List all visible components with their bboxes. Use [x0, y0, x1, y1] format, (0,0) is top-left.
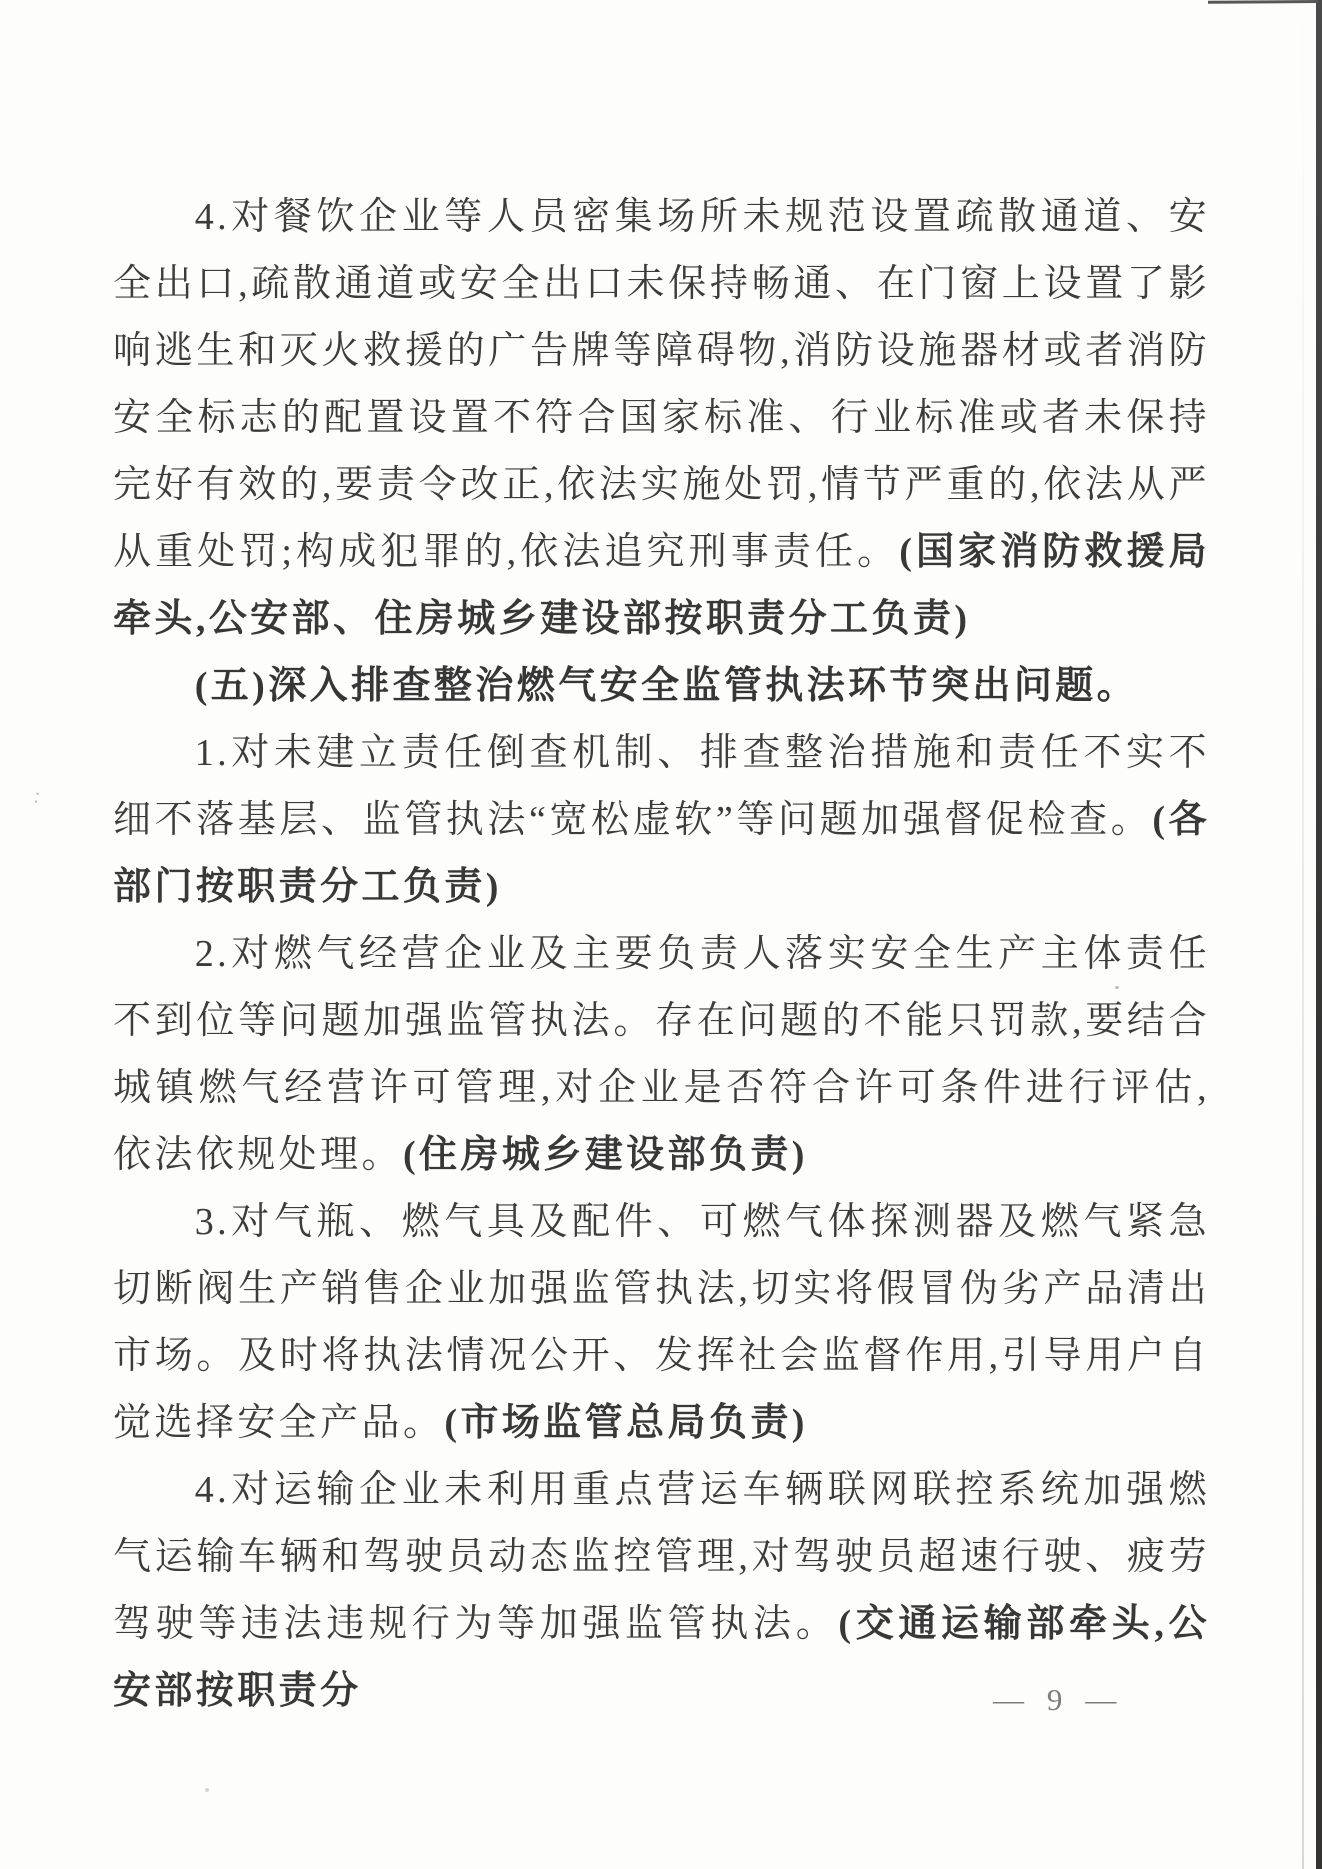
- paragraph-gas-products-item-3: 3.对气瓶、燃气具及配件、可燃气体探测器及燃气紧急切断阀生产销售企业加强监管执法…: [113, 1189, 1210, 1457]
- responsibility-attribution: (市场监管总局负责): [444, 1402, 808, 1444]
- paragraph-body-text: 1.对未建立责任倒查机制、排查整治措施和责任不实不细不落基层、监管执法“宽松虚软…: [113, 732, 1210, 841]
- paragraph-body-text: 4.对餐饮企业等人员密集场所未规范设置疏散通道、安全出口,疏散通道或安全出口未保…: [113, 196, 1210, 573]
- page-number-footer: — 9 —: [975, 1680, 1135, 1720]
- paragraph-gas-operators-item-2: 2.对燃气经营企业及主要负责人落实安全生产主体责任不到位等问题加强监管执法。存在…: [113, 921, 1210, 1189]
- scan-margin-mark: ∶: [27, 792, 46, 805]
- section-five-heading: (五)深入排查整治燃气安全监管执法环节突出问题。: [113, 653, 1210, 720]
- document-text-block: 4.对餐饮企业等人员密集场所未规范设置疏散通道、安全出口,疏散通道或安全出口未保…: [113, 184, 1210, 1725]
- paragraph-supervision-item-1: 1.对未建立责任倒查机制、排查整治措施和责任不实不细不落基层、监管执法“宽松虚软…: [113, 720, 1210, 921]
- scan-edge-shadow: [1316, 0, 1322, 1869]
- scan-speck: [205, 1788, 209, 1792]
- responsibility-attribution: (住房城乡建设部负责): [403, 1134, 808, 1176]
- scan-speck: [1115, 986, 1119, 989]
- scan-speck: [164, 1014, 167, 1017]
- scan-fold-line: [1302, 0, 1304, 1869]
- heading-text: (五)深入排查整治燃气安全监管执法环节突出问题。: [195, 665, 1138, 707]
- paragraph-fire-safety-item-4: 4.对餐饮企业等人员密集场所未规范设置疏散通道、安全出口,疏散通道或安全出口未保…: [113, 184, 1210, 653]
- scanned-document-page: 4.对餐饮企业等人员密集场所未规范设置疏散通道、安全出口,疏散通道或安全出口未保…: [0, 0, 1322, 1869]
